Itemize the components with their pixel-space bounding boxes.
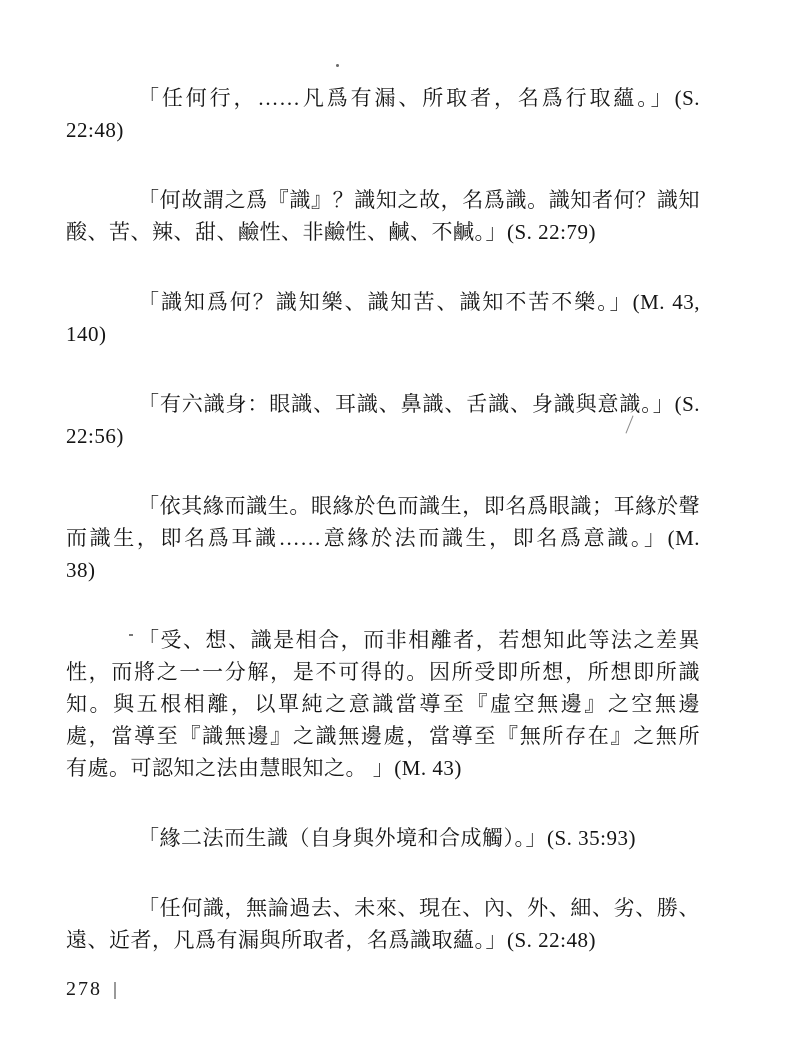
text-line: 有處。可認知之法由慧眼知之。 」(M. 43): [66, 752, 700, 784]
text-line: 性，而將之一一分解，是不可得的。因所受即所想，所想即所識: [66, 656, 700, 688]
quote-paragraph: 「何故謂之爲『識』？識知之故，名爲識。識知者何？識知 酸、苦、辣、甜、鹼性、非鹼…: [66, 184, 700, 248]
scan-artifact-dot: [336, 64, 339, 67]
text-line: 「何故謂之爲『識』？識知之故，名爲識。識知者何？識知: [66, 184, 700, 216]
quote-paragraph: 「受、想、識是相合，而非相離者，若想知此等法之差異 性，而將之一一分解，是不可得…: [66, 624, 700, 784]
quote-paragraph: 「任何行，……凡爲有漏、所取者，名爲行取蘊。」(S. 22:48): [66, 82, 700, 146]
text-line: 「受、想、識是相合，而非相離者，若想知此等法之差異: [66, 624, 700, 656]
text-line: 「有六識身：眼識、耳識、鼻識、舌識、身識與意識。」(S.: [66, 388, 700, 420]
text-line: 「緣二法而生識（自身與外境和合成觸）。」(S. 35:93): [66, 822, 700, 854]
quote-paragraph: 「有六識身：眼識、耳識、鼻識、舌識、身識與意識。」(S. 22:56): [66, 388, 700, 452]
text-line: 「任何識，無論過去、未來、現在、內、外、細、劣、勝、: [66, 892, 700, 924]
quote-paragraph: 「依其緣而識生。眼緣於色而識生，即名爲眼識；耳緣於聲 而識生，即名爲耳識……意緣…: [66, 490, 700, 586]
text-block: 「任何行，……凡爲有漏、所取者，名爲行取蘊。」(S. 22:48) 「何故謂之爲…: [66, 82, 700, 994]
text-line: 「依其緣而識生。眼緣於色而識生，即名爲眼識；耳緣於聲: [66, 490, 700, 522]
text-line: 酸、苦、辣、甜、鹼性、非鹼性、鹹、不鹹。」(S. 22:79): [66, 216, 700, 248]
text-line: 而識生，即名爲耳識……意緣於法而識生，即名爲意識。」(M.: [66, 522, 700, 554]
text-line: 22:56): [66, 420, 700, 452]
text-line: 22:48): [66, 114, 700, 146]
text-line: 處，當導至『識無邊』之識無邊處，當導至『無所存在』之無所: [66, 720, 700, 752]
quote-paragraph: 「任何識，無論過去、未來、現在、內、外、細、劣、勝、 遠、近者，凡爲有漏與所取者…: [66, 892, 700, 956]
page-number: 278: [66, 978, 102, 1001]
text-line: 遠、近者，凡爲有漏與所取者，名爲識取蘊。」(S. 22:48): [66, 924, 700, 956]
text-line: 「任何行，……凡爲有漏、所取者，名爲行取蘊。」(S.: [66, 82, 700, 114]
quote-paragraph: 「緣二法而生識（自身與外境和合成觸）。」(S. 35:93): [66, 822, 700, 854]
text-line: 知。與五根相離，以單純之意識當導至『虛空無邊』之空無邊: [66, 688, 700, 720]
document-page: 「任何行，……凡爲有漏、所取者，名爲行取蘊。」(S. 22:48) 「何故謂之爲…: [0, 0, 792, 1056]
text-line: 140): [66, 318, 700, 350]
text-line: 38): [66, 554, 700, 586]
quote-paragraph: 「識知爲何？識知樂、識知苦、識知不苦不樂。」(M. 43, 140): [66, 286, 700, 350]
text-line: 「識知爲何？識知樂、識知苦、識知不苦不樂。」(M. 43,: [66, 286, 700, 318]
